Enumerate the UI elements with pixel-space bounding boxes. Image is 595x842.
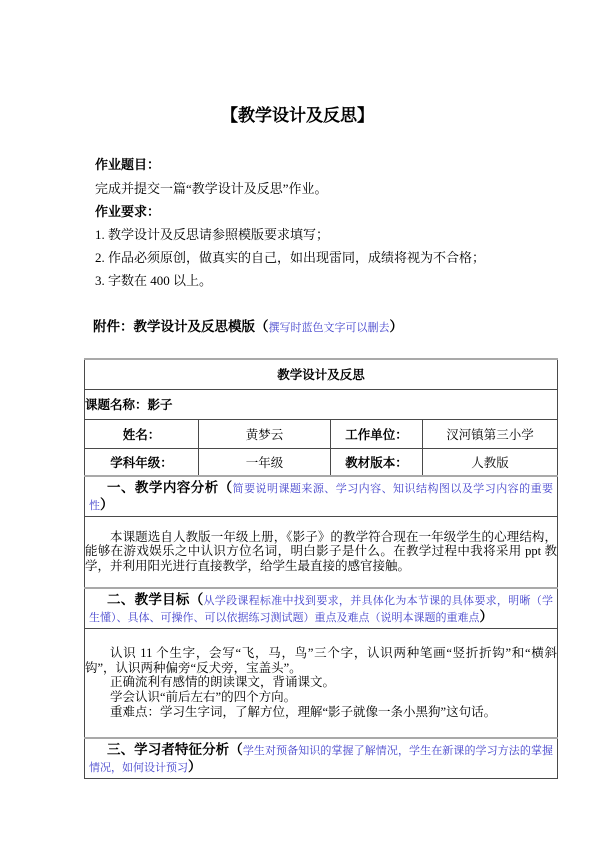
attachment-blue-note: 撰写时蓝色文字可以删去 [269, 322, 390, 334]
unit-value-cell: 汊河镇第三小学 [423, 419, 558, 448]
section2-header: 二、教学目标（从学段课程标准中找到要求，并具体化为本节课的具体要求，明晰（学生懂… [85, 589, 557, 628]
attachment-suffix: ） [390, 319, 404, 334]
grade-label-cell: 学科年级： [85, 448, 199, 476]
section1-title: 一、教学内容分析（ [107, 480, 233, 495]
section2-close-paren: ） [480, 609, 494, 624]
table-title-cell: 教学设计及反思 [85, 359, 558, 389]
attachment-line: 附件：教学设计及反思模版（撰写时蓝色文字可以删去） [93, 315, 553, 336]
section2-header-row: 二、教学目标（从学段课程标准中找到要求，并具体化为本节课的具体要求，明晰（学生懂… [85, 588, 558, 629]
table-row: 学科年级： 一年级 教材版本： 人教版 [85, 448, 558, 476]
section1-body-row: 本课题选自人教版一年级上册，《影子》的教学符合现在一年级学生的心理结构，能够在游… [85, 517, 558, 588]
section2-paragraph: 正确流利有感情的朗读课文，背诵课文。 [85, 675, 557, 690]
assignment-item-1: 1. 教学设计及反思请参照模版要求填写； [95, 227, 525, 242]
section3-close-paren: ） [188, 759, 202, 774]
section1-close-paren: ） [100, 497, 114, 512]
name-value-cell: 黄梦云 [199, 419, 331, 448]
name-label-cell: 姓名： [85, 419, 199, 448]
table-row: 姓名： 黄梦云 工作单位： 汊河镇第三小学 [85, 419, 558, 448]
table-row: 课题名称：影子 [85, 389, 558, 419]
section2-body-cell: 认识 11 个生字，会写“飞，马，鸟”三个字，认识两种笔画“竖折折钩”和“横斜钩… [85, 628, 558, 738]
assignment-item-2: 2. 作品必须原创，做真实的自己，如出现雷同，成绩将视为不合格； [95, 250, 525, 265]
assignment-require-label: 作业要求： [95, 204, 525, 219]
grade-value-cell: 一年级 [199, 448, 331, 476]
edition-label-cell: 教材版本： [331, 448, 423, 476]
section3-header: 三、学习者特征分析（学生对预备知识的掌握了解情况，学生在新课的学习方法的掌握情况… [85, 739, 557, 778]
assignment-topic-text: 完成并提交一篇“教学设计及反思”作业。 [95, 181, 525, 196]
section1-header-row: 一、教学内容分析（简要说明课题来源、学习内容、知识结构图以及学习内容的重要性） [85, 476, 558, 517]
unit-label-cell: 工作单位： [331, 419, 423, 448]
section2-title: 二、教学目标（ [107, 592, 204, 607]
section2-paragraph: 学会认识“前后左右”的四个方向。 [85, 690, 557, 705]
section2-paragraph: 认识 11 个生字，会写“飞，马，鸟”三个字，认识两种笔画“竖折折钩”和“横斜钩… [85, 646, 557, 676]
lesson-title-cell: 课题名称：影子 [85, 389, 558, 419]
section3-header-row: 三、学习者特征分析（学生对预备知识的掌握了解情况，学生在新课的学习方法的掌握情况… [85, 738, 558, 779]
section1-header-cell: 一、教学内容分析（简要说明课题来源、学习内容、知识结构图以及学习内容的重要性） [85, 476, 558, 517]
page-title: 【教学设计及反思】 [0, 101, 595, 126]
assignment-topic-label: 作业题目： [95, 157, 525, 172]
section2-header-cell: 二、教学目标（从学段课程标准中找到要求，并具体化为本节课的具体要求，明晰（学生懂… [85, 588, 558, 629]
section2-body-row: 认识 11 个生字，会写“飞，马，鸟”三个字，认识两种笔画“竖折折钩”和“横斜钩… [85, 628, 558, 738]
table-row: 教学设计及反思 [85, 359, 558, 389]
attachment-prefix: 附件：教学设计及反思模版（ [93, 319, 269, 334]
teaching-design-table: 教学设计及反思 课题名称：影子 姓名： 黄梦云 工作单位： 汊河镇第三小学 学科… [84, 358, 558, 779]
document-page: 【教学设计及反思】 作业题目： 完成并提交一篇“教学设计及反思”作业。 作业要求… [0, 0, 595, 842]
edition-value-cell: 人教版 [423, 448, 558, 476]
section1-header: 一、教学内容分析（简要说明课题来源、学习内容、知识结构图以及学习内容的重要性） [85, 477, 557, 516]
section1-body-cell: 本课题选自人教版一年级上册，《影子》的教学符合现在一年级学生的心理结构，能够在游… [85, 517, 558, 588]
section2-paragraph: 重难点：学习生字词，了解方位，理解“影子就像一条小黑狗”这句话。 [85, 705, 557, 720]
section1-paragraph: 本课题选自人教版一年级上册，《影子》的教学符合现在一年级学生的心理结构，能够在游… [85, 530, 557, 574]
section3-header-cell: 三、学习者特征分析（学生对预备知识的掌握了解情况，学生在新课的学习方法的掌握情况… [85, 738, 558, 779]
assignment-item-3: 3. 字数在 400 以上。 [95, 273, 525, 288]
section3-title: 三、学习者特征分析（ [107, 742, 243, 757]
